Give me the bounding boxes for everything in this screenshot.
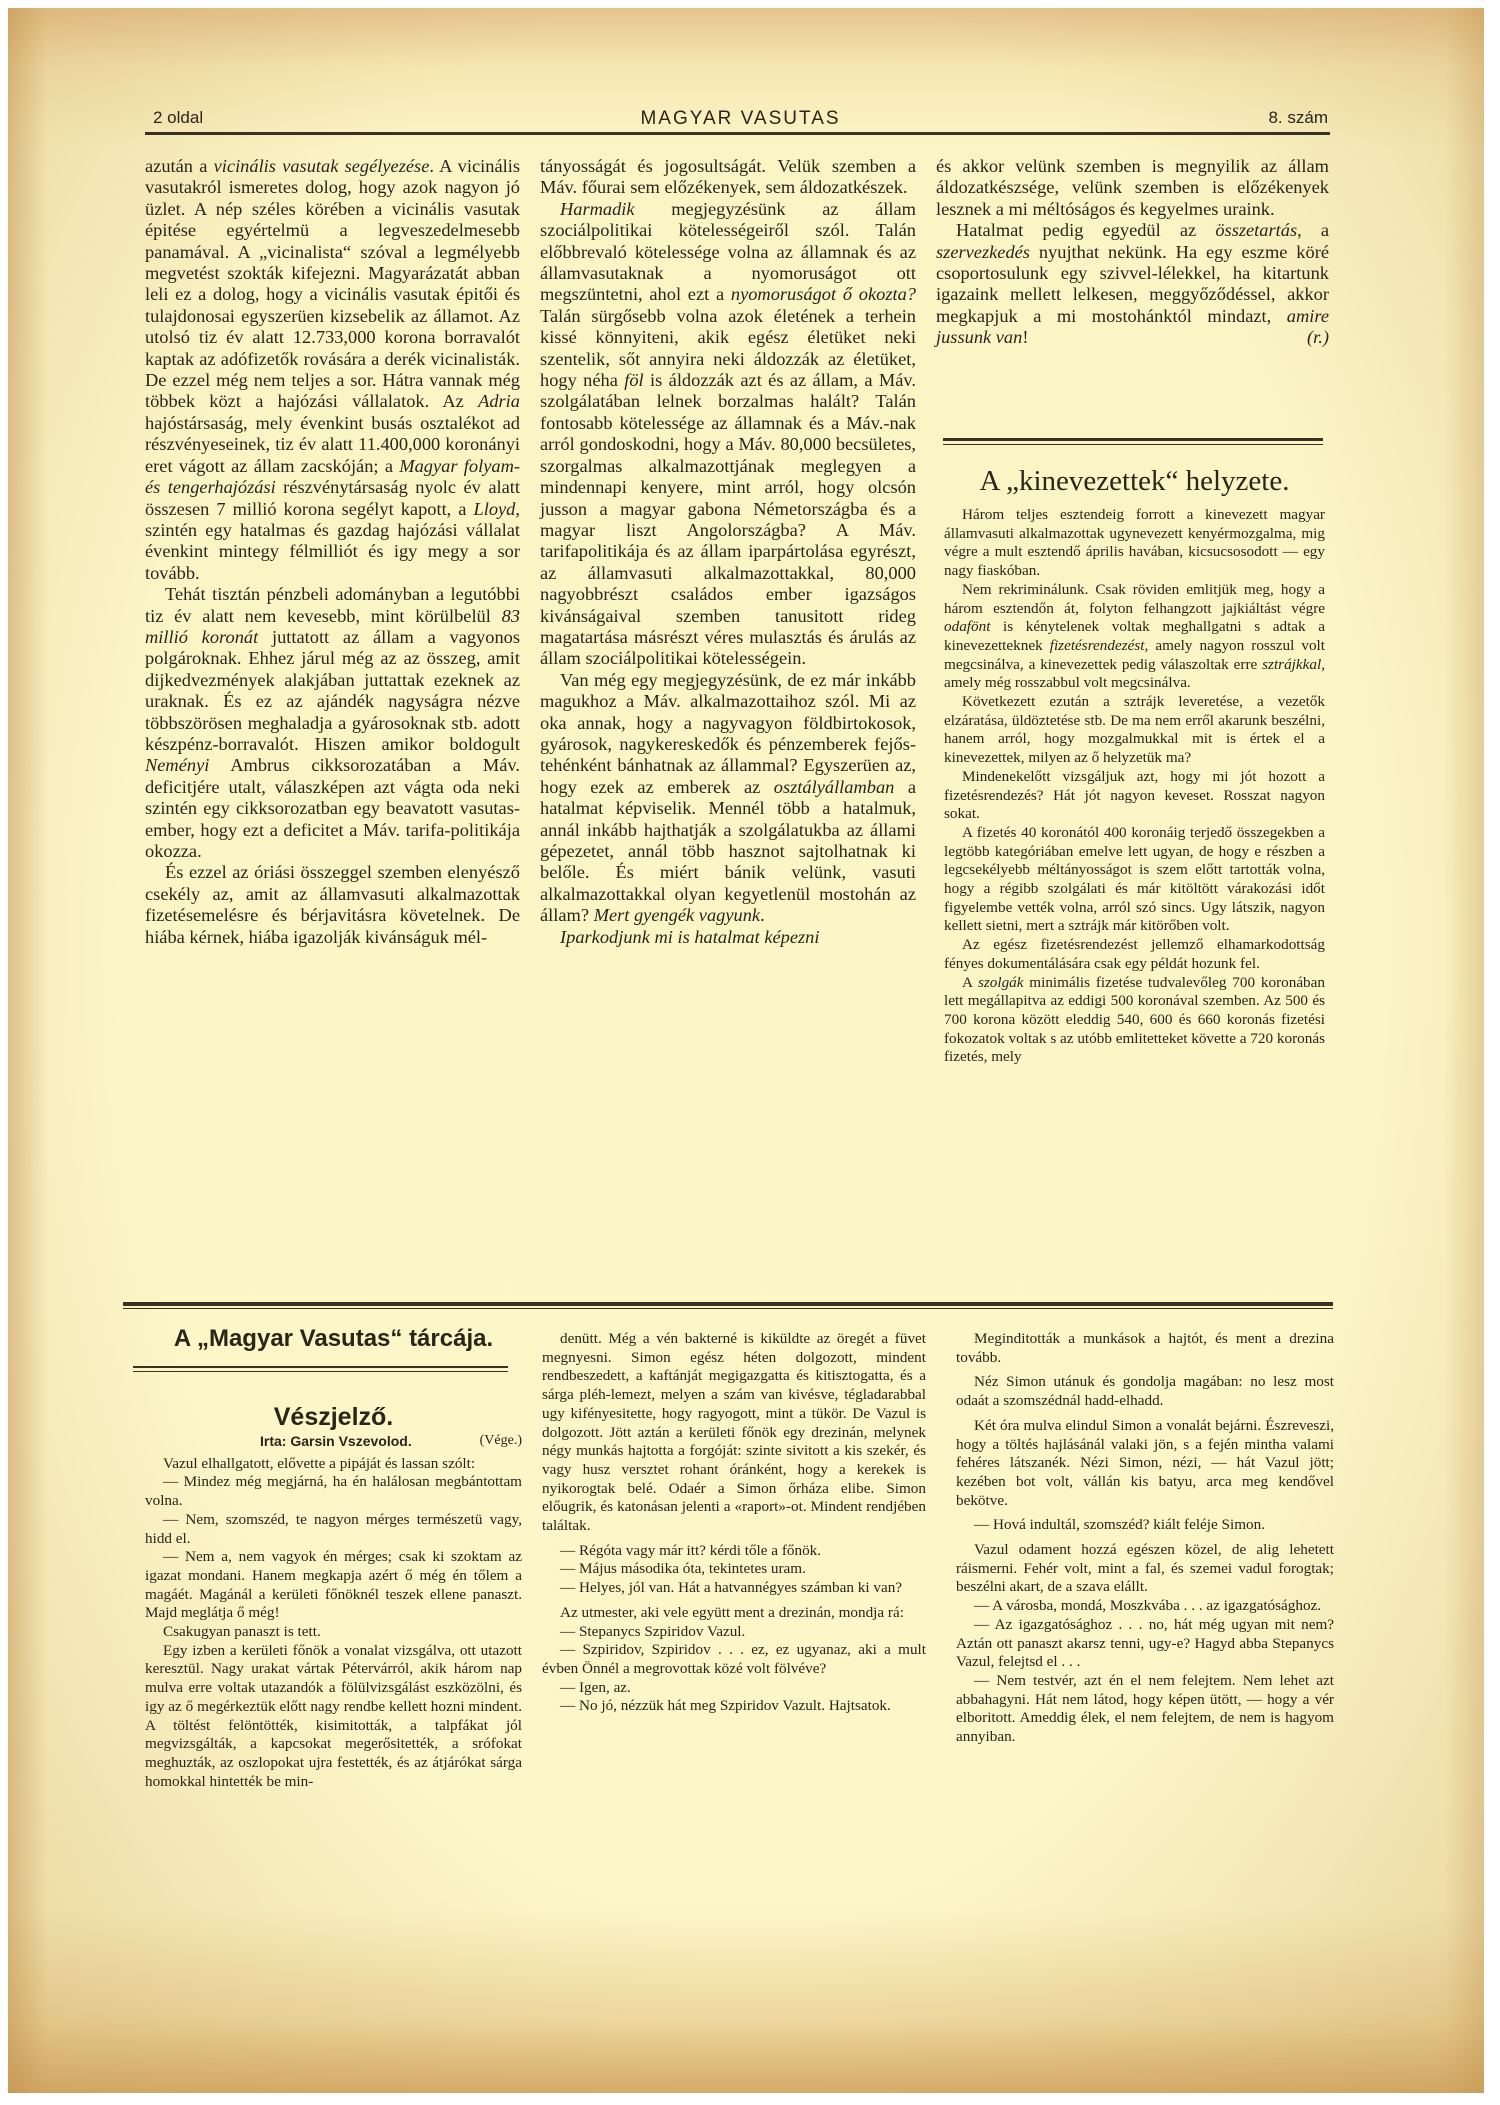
story-continuation: (Vége.) [480, 1432, 522, 1451]
author-signature: (r.) [1287, 327, 1329, 348]
paragraph: Mindenekelőtt vizsgáljuk azt, hogy mi jó… [944, 768, 1325, 824]
paragraph: denütt. Még a vén bakterné is kiküldte a… [542, 1330, 926, 1536]
paragraph: Az utmester, aki vele együtt ment a drez… [542, 1604, 926, 1623]
paragraph: Három teljes esztendeig forrott a kineve… [944, 506, 1325, 581]
paragraph: — No jó, nézzük hát meg Szpiridov Vazult… [542, 1697, 926, 1716]
paragraph: — Nem, szomszéd, te nagyon mérges termés… [145, 1511, 522, 1548]
paragraph: — Május másodika óta, tekintetes uram. [542, 1560, 926, 1579]
paragraph: azután a vicinális vasutak segélyezése. … [145, 156, 520, 584]
paragraph: Következett ezután a sztrájk leveretése,… [944, 693, 1325, 768]
feuilleton-rule [123, 1302, 1333, 1306]
feuilleton-column-3: Meginditották a munkások a hajtót, és me… [956, 1330, 1334, 1747]
article-separator-rule-thin [943, 444, 1323, 445]
paragraph: Tehát tisztán pénzbeli adományban a legu… [145, 584, 520, 862]
issue-number: 8. szám [1268, 108, 1328, 128]
paragraph: Meginditották a munkások a hajtót, és me… [956, 1330, 1334, 1367]
article-separator-rule [943, 438, 1323, 441]
story-author: Irta: Garsin Vszevolod. [260, 1432, 412, 1451]
feuilleton-title-rule-thin [133, 1371, 508, 1372]
feuilleton-rule-thin [123, 1308, 1333, 1309]
main-article-column-2: tányosságát és jogosultságát. Velük szem… [540, 156, 916, 948]
paragraph: Iparkodjunk mi is hatalmat képezni [540, 927, 916, 948]
second-article-title: A „kinevezettek“ helyzete. [944, 464, 1325, 498]
paragraph: — Szpiridov, Szpiridov . . . ez, ez ugya… [542, 1641, 926, 1678]
paragraph: — Igen, az. [542, 1679, 926, 1698]
story-title: Vészjelző. [145, 1402, 522, 1432]
second-article: A „kinevezettek“ helyzete. Három teljes … [944, 464, 1325, 1067]
paragraph: Az egész fizetésrendezést jellemző elham… [944, 936, 1325, 973]
publication-title: MAGYAR VASUTAS [153, 108, 1328, 130]
paragraph: Vazul odament hozzá egészen közel, de al… [956, 1541, 1334, 1597]
paragraph: A fizetés 40 koronától 400 koronáig terj… [944, 824, 1325, 936]
paragraph: — Régóta vagy már itt? kérdi tőle a főnö… [542, 1542, 926, 1561]
header-rule [145, 132, 1330, 135]
paragraph: A szolgák minimális fizetése tudvalevőle… [944, 974, 1325, 1068]
paragraph: Van még egy megjegyzésünk, de ez már ink… [540, 670, 916, 927]
paragraph: Harmadik megjegyzésünk az állam szociálp… [540, 199, 916, 670]
feuilleton-column-1-body: Vazul elhallgatott, elővette a pipáját é… [145, 1455, 522, 1792]
paragraph: Hatalmat pedig egyedül az összetartás, a… [936, 220, 1329, 348]
main-article-column-1: azután a vicinális vasutak segélyezése. … [145, 156, 520, 948]
paragraph: Vazul elhallgatott, elővette a pipáját é… [145, 1455, 522, 1474]
story-byline: Irta: Garsin Vszevolod. (Vége.) [145, 1432, 522, 1451]
paragraph: — Hová indultál, szomszéd? kiált feléje … [956, 1516, 1334, 1535]
paragraph: — Nem testvér, azt én el nem felejtem. N… [956, 1672, 1334, 1747]
paragraph: — Nem a, nem vagyok én mérges; csak ki s… [145, 1548, 522, 1623]
paragraph: — Mindez még megjárná, ha én halálosan m… [145, 1473, 522, 1510]
paragraph: és akkor velünk szemben is megnyilik az … [936, 156, 1329, 220]
paragraph: — Stepanycs Szpiridov Vazul. [542, 1623, 926, 1642]
feuilleton-title-rule [133, 1366, 508, 1368]
paragraph: Csakugyan panaszt is tett. [145, 1623, 522, 1642]
paragraph: Néz Simon utánuk és gondolja magában: no… [956, 1373, 1334, 1410]
paragraph: És ezzel az óriási összeggel szemben ele… [145, 862, 520, 948]
newspaper-page: 2 oldal MAGYAR VASUTAS 8. szám azután a … [8, 8, 1484, 2093]
main-article-column-3: és akkor velünk szemben is megnyilik az … [936, 156, 1329, 349]
paragraph: tányosságát és jogosultságát. Velük szem… [540, 156, 916, 199]
page-header: 2 oldal MAGYAR VASUTAS 8. szám [153, 108, 1328, 134]
feuilleton-section-title: A „Magyar Vasutas“ tárcája. [145, 1324, 522, 1354]
second-article-body: Három teljes esztendeig forrott a kineve… [944, 506, 1325, 1067]
feuilleton-column-1: A „Magyar Vasutas“ tárcája. Vészjelző. I… [145, 1324, 522, 1791]
paragraph: — Az igazgatósághoz . . . no, hát még ug… [956, 1616, 1334, 1672]
paragraph: Két óra mulva elindul Simon a vonalát be… [956, 1417, 1334, 1511]
paragraph: Egy izben a kerületi főnök a vonalat viz… [145, 1642, 522, 1792]
paragraph: Nem rekriminálunk. Csak röviden emlitjük… [944, 581, 1325, 693]
paragraph: — A városba, mondá, Moszkvába . . . az i… [956, 1597, 1334, 1616]
feuilleton-column-2: denütt. Még a vén bakterné is kiküldte a… [542, 1330, 926, 1716]
paragraph: — Helyes, jól van. Hát a hatvannégyes sz… [542, 1579, 926, 1598]
